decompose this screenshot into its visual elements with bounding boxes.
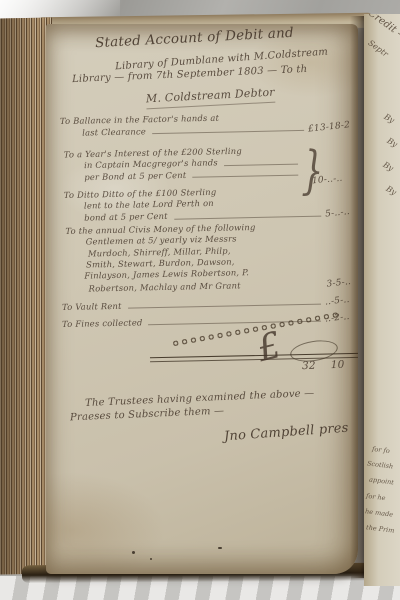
signature: Jno Campbell pres <box>224 420 350 446</box>
entry-line: per Bond at 5 per Cent <box>84 170 186 183</box>
entry-interest-100: To Ditto Ditto of the £100 Sterling lent… <box>64 184 351 225</box>
heading-line-1: Stated Account of Debit and <box>95 24 295 52</box>
entry-civis-money: To the annual Civis Money of the followi… <box>65 220 350 295</box>
right-page-fragment: for fo <box>372 445 391 455</box>
entry-interest-200: To a Year's Interest of the £200 Sterlin… <box>64 145 303 184</box>
leader-line <box>192 175 298 178</box>
right-page-fragment: the Prim <box>366 523 395 534</box>
entry-amount: £13-18-2 <box>308 120 351 137</box>
entry-line: last Clearance <box>82 126 146 139</box>
ink-speck <box>132 551 135 554</box>
by-mark: By <box>382 112 396 125</box>
ink-speck <box>218 547 222 549</box>
leader-line <box>152 130 304 134</box>
page-edge-stack <box>0 18 52 575</box>
leader-line <box>128 304 322 309</box>
leader-gap <box>247 286 322 288</box>
right-page-fragment: he made <box>365 507 394 518</box>
by-mark: By <box>384 184 398 197</box>
pound-sign-flourish: £ <box>252 322 286 375</box>
leader-line <box>174 215 322 219</box>
entry-vault-rent: To Vault Rent ..-5-.. <box>62 295 350 313</box>
right-page-fragment: for he <box>366 492 386 502</box>
leader-line <box>224 163 298 166</box>
ledger-page: Stated Account of Debit and Library of D… <box>46 24 358 574</box>
entry-line: To Fines collected <box>62 317 143 330</box>
entry-line: bond at 5 per Cent <box>84 211 168 224</box>
by-mark: By <box>381 160 395 173</box>
right-page-fragment: appoint <box>369 476 395 487</box>
total-pounds: 32 <box>302 359 316 374</box>
entry-amount: 5-..-.. <box>325 206 351 221</box>
debtor-subheading: M. Coldstream Debtor <box>146 86 276 110</box>
entry-amount: 3-5-.. <box>326 276 352 291</box>
right-page-fragment: Scotlish <box>367 459 394 470</box>
entry-line: To Vault Rent <box>62 301 122 314</box>
ink-speck <box>150 558 152 560</box>
by-mark: By <box>385 136 399 149</box>
date-fragment: Septr <box>366 38 389 58</box>
manuscript-photo: Stated Account of Debit and Library of D… <box>0 0 400 600</box>
entry-line: Robertson, Machlay and Mr Grant <box>89 280 241 295</box>
total-shillings: 10 <box>331 358 345 373</box>
entry-amount: ..-5-.. <box>325 294 351 309</box>
right-credit-page: Credit — Septr By By By By for fo Scotli… <box>364 14 400 586</box>
